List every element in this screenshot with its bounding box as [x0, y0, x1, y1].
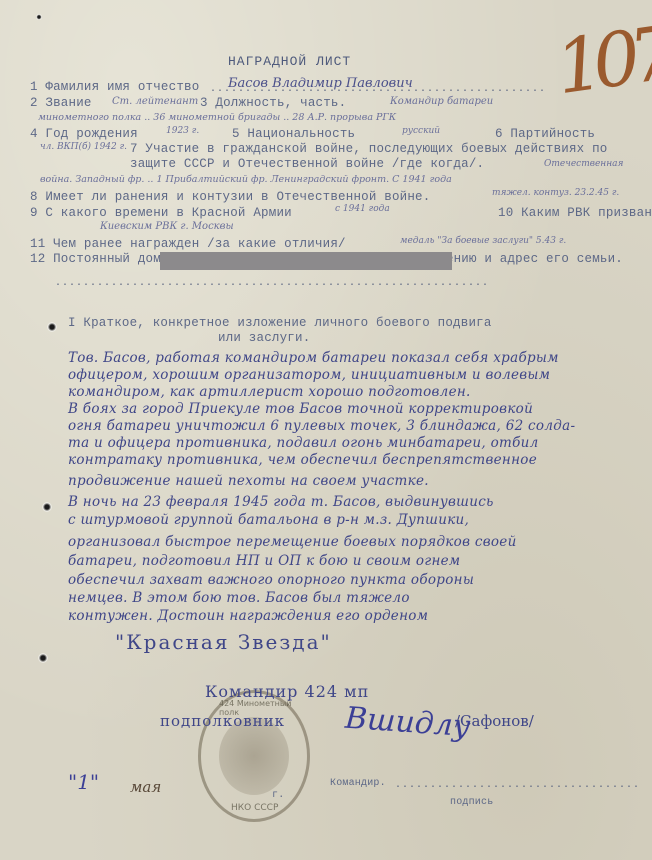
punch-hole	[42, 502, 52, 512]
narrative-line: контужен. Достоин награждения его ордено…	[68, 608, 428, 624]
award-name: "Красная Звезда"	[115, 630, 332, 654]
punch-hole	[36, 14, 42, 20]
field-7-value-a: Отечественная	[544, 159, 623, 169]
field-5-label: 5 Национальность	[232, 127, 355, 141]
narrative-line: огня батареи уничтожил 6 пулевых точек, …	[68, 418, 575, 434]
narrative-line: немцев. В этом бою тов. Басов был тяжело	[68, 590, 410, 606]
field-11-value: медаль "За боевые заслуги" 5.43 г.	[400, 236, 566, 246]
signature-dotted-line: ...................................	[395, 780, 640, 791]
date-month: мая	[130, 778, 161, 796]
date-day: "1"	[68, 770, 99, 794]
field-6-value: чл. ВКП(б) 1942 г.	[40, 142, 127, 152]
field-1-label: 1 Фамилия имя отчество	[30, 80, 199, 94]
commander-label: Командир.	[330, 778, 386, 789]
narrative-line: с штурмовой группой батальона в р-н м.з.…	[68, 512, 469, 528]
field-8-value: тяжел. контуз. 23.2.45 г.	[492, 188, 619, 198]
signer-name: /Сафонов/	[455, 712, 534, 730]
field-3-label: 3 Должность, часть.	[200, 96, 346, 110]
date-year-suffix: г.	[272, 790, 284, 801]
narrative-line: та и офицера противника, подавил огонь м…	[68, 435, 539, 451]
field-11-label: 11 Чем ранее награжден /за какие отличия…	[30, 237, 346, 251]
field-7-value-b: война. Западный фр. .. 1 Прибалтийский ф…	[40, 174, 452, 185]
field-3-value: Командир батареи	[390, 96, 493, 107]
stamp-bottom-text: НКО СССР	[231, 803, 278, 813]
archive-number: 107	[551, 11, 652, 112]
signer-rank: подполковник	[160, 712, 285, 730]
field-9-value: с 1941 года	[335, 204, 390, 214]
section-heading: I Краткое, конкретное изложение личного …	[68, 316, 492, 330]
dotted-leader: ........................................…	[210, 84, 546, 95]
narrative-line: В боях за город Приекуле тов Басов точно…	[68, 401, 533, 417]
field-8-label: 8 Имеет ли ранения и контузии в Отечеств…	[30, 190, 430, 204]
field-2-label: 2 Звание	[30, 96, 92, 110]
punch-hole	[47, 322, 57, 332]
field-5-value: русский	[402, 126, 440, 136]
section-heading-cont: или заслуги.	[218, 331, 310, 345]
commander-signature: Вшидлу	[344, 701, 471, 745]
dotted-leader: ........................................…	[55, 278, 489, 289]
field-10-label: 10 Каким РВК призван	[498, 206, 652, 220]
narrative-line: батареи, подготовил НП и ОП к бою и свои…	[68, 553, 460, 569]
official-stamp: 424 Минометный полк НКО СССР	[198, 690, 310, 822]
field-6-label: 6 Партийность	[495, 127, 595, 141]
narrative-line: организовал быстрое перемещение боевых п…	[68, 534, 517, 550]
redacted-address	[160, 252, 452, 270]
signature-label: подпись	[450, 797, 493, 808]
signer-title: Командир 424 мп	[205, 682, 369, 701]
field-2-value: Ст. лейтенант	[112, 96, 198, 107]
field-3-continuation: минометного полка .. 36 минометной брига…	[38, 112, 396, 123]
document-title: НАГРАДНОЙ ЛИСТ	[228, 54, 351, 69]
field-10-value: Киевским РВК г. Москвы	[100, 221, 234, 232]
narrative-line: обеспечил захват важного опорного пункта…	[68, 572, 474, 588]
field-4-label: 4 Год рождения	[30, 127, 138, 141]
field-4-value: 1923 г.	[166, 126, 199, 136]
narrative-line: контратаку противника, чем обеспечил бес…	[68, 452, 537, 468]
punch-hole	[38, 653, 48, 663]
narrative-line: Тов. Басов, работая командиром батареи п…	[68, 350, 559, 366]
narrative-line: командиром, как артиллерист хорошо подго…	[68, 384, 471, 400]
narrative-line: В ночь на 23 февраля 1945 года т. Басов,…	[68, 494, 494, 510]
narrative-line: офицером, хорошим организатором, инициат…	[68, 367, 550, 383]
field-9-label: 9 С какого времени в Красной Армии	[30, 206, 292, 220]
narrative-line: продвижение нашей пехоты на своем участк…	[68, 473, 429, 489]
award-sheet-page: 107 НАГРАДНОЙ ЛИСТ 1 Фамилия имя отчеств…	[0, 0, 652, 860]
